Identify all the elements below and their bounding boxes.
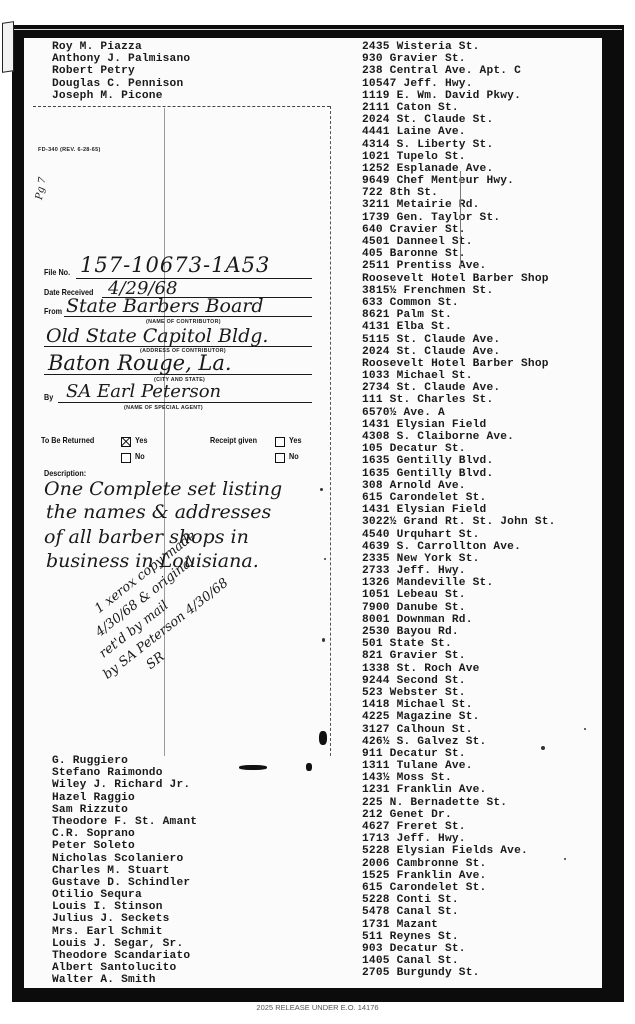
address-entry: 821 Gravier St.	[362, 650, 556, 662]
address-entry: 501 State St.	[362, 638, 556, 650]
address-entry: 2435 Wisteria St.	[362, 41, 556, 53]
to-be-returned-yes-checkbox[interactable]	[121, 437, 131, 447]
address-entry: 2511 Prentiss Ave.	[362, 260, 556, 272]
address-entry: 3127 Calhoun St.	[362, 724, 556, 736]
address-entry: 1431 Elysian Field	[362, 419, 556, 431]
name-entry: Charles M. Stuart	[52, 865, 197, 877]
address-entry: 9244 Second St.	[362, 675, 556, 687]
address-entry: 7900 Danube St.	[362, 602, 556, 614]
address-entry: 2006 Cambronne St.	[362, 858, 556, 870]
address-entry: 405 Baronne St.	[362, 248, 556, 260]
scan-artifact	[319, 731, 327, 745]
address-entry: 4627 Freret St.	[362, 821, 556, 833]
address-entry: 1713 Jeff. Hwy.	[362, 833, 556, 845]
name-entry: Otilio Sequra	[52, 889, 197, 901]
address-entry: 1051 Lebeau St.	[362, 589, 556, 601]
address-entry: 2024 St. Claude St.	[362, 114, 556, 126]
address-entry: 1338 St. Roch Ave	[362, 663, 556, 675]
address-list: 2435 Wisteria St.930 Gravier St.238 Cent…	[362, 41, 556, 979]
name-entry: Sam Rizzuto	[52, 804, 197, 816]
address-entry: 1635 Gentilly Blvd.	[362, 468, 556, 480]
address-entry: 2530 Bayou Rd.	[362, 626, 556, 638]
to-be-returned-no-checkbox[interactable]	[121, 453, 131, 463]
address-entry: 1021 Tupelo St.	[362, 151, 556, 163]
name-entry: Louis I. Stinson	[52, 901, 197, 913]
name-entry: Louis J. Segar, Sr.	[52, 938, 197, 950]
address-entry: 511 Reynes St.	[362, 931, 556, 943]
address-entry: 426½ S. Galvez St.	[362, 736, 556, 748]
address-entry: 615 Carondelet St.	[362, 492, 556, 504]
address-entry: 3815½ Frenchmen St.	[362, 285, 556, 297]
names-list-bottom: G. RuggieroStefano RaimondoWiley J. Rich…	[52, 755, 197, 987]
address-entry: 1418 Michael St.	[362, 699, 556, 711]
address-entry: 308 Arnold Ave.	[362, 480, 556, 492]
name-entry: Gustave D. Schindler	[52, 877, 197, 889]
address-entry: Roosevelt Hotel Barber Shop	[362, 358, 556, 370]
address-entry: 4308 S. Claiborne Ave.	[362, 431, 556, 443]
address-entry: 4441 Laine Ave.	[362, 126, 556, 138]
address-entry: 615 Carondelet St.	[362, 882, 556, 894]
description-label: Description:	[44, 468, 86, 478]
address-entry: 6570½ Ave. A	[362, 407, 556, 419]
name-entry: Peter Soleto	[52, 840, 197, 852]
address-entry: 9649 Chef Menteur Hwy.	[362, 175, 556, 187]
file-no-value[interactable]: 157-10673-1A53	[80, 253, 270, 277]
address-entry: 143½ Moss St.	[362, 772, 556, 784]
name-entry: Douglas C. Pennison	[52, 78, 190, 90]
name-entry: Nicholas Scolaniero	[52, 853, 197, 865]
address-entry: 2111 Caton St.	[362, 102, 556, 114]
to-be-returned-no-label: No	[135, 451, 145, 461]
name-entry: Robert Petry	[52, 65, 190, 77]
names-list-top: Roy M. PiazzaAnthony J. PalmisanoRobert …	[52, 41, 190, 102]
name-entry: Walter A. Smith	[52, 974, 197, 986]
to-be-returned-yes-label: Yes	[135, 435, 147, 445]
address-entry: 1405 Canal St.	[362, 955, 556, 967]
scan-artifact	[239, 765, 267, 770]
address-entry: 1635 Gentilly Blvd.	[362, 455, 556, 467]
address-entry: 1525 Franklin Ave.	[362, 870, 556, 882]
scan-speckle	[584, 728, 586, 730]
scan-speckle	[320, 488, 323, 491]
to-be-returned-label: To Be Returned	[41, 435, 94, 445]
address-entry: 5115 St. Claude Ave.	[362, 334, 556, 346]
address-entry: 911 Decatur St.	[362, 748, 556, 760]
address-entry: 212 Genet Dr.	[362, 809, 556, 821]
from-value[interactable]: State Barbers Board	[66, 295, 264, 317]
form-code: FD-340 (REV. 6-28-65)	[38, 147, 101, 153]
file-no-label: File No.	[44, 267, 70, 277]
address-entry: 8621 Palm St.	[362, 309, 556, 321]
name-entry: Joseph M. Picone	[52, 90, 190, 102]
address-entry: 633 Common St.	[362, 297, 556, 309]
address-entry: 8001 Downman Rd.	[362, 614, 556, 626]
description-line-2: the names & addresses	[46, 501, 271, 523]
address-entry: 2705 Burgundy St.	[362, 967, 556, 979]
address-entry: 3211 Metairie Rd.	[362, 199, 556, 211]
scan-speckle	[322, 638, 325, 642]
address-entry: 1431 Elysian Field	[362, 504, 556, 516]
address-entry: 10547 Jeff. Hwy.	[362, 78, 556, 90]
address-entry: 4314 S. Liberty St.	[362, 139, 556, 151]
address-entry: 5228 Conti St.	[362, 894, 556, 906]
city-state-value[interactable]: Baton Rouge, La.	[48, 351, 232, 375]
address-entry: 2733 Jeff. Hwy.	[362, 565, 556, 577]
address-entry: 640 Cravier St.	[362, 224, 556, 236]
receipt-given-yes-label: Yes	[289, 435, 301, 445]
scan-artifact	[306, 763, 312, 771]
address-entry: 4639 S. Carrollton Ave.	[362, 541, 556, 553]
address-entry: Roosevelt Hotel Barber Shop	[362, 273, 556, 285]
name-entry: Stefano Raimondo	[52, 767, 197, 779]
document-page: Roy M. PiazzaAnthony J. PalmisanoRobert …	[24, 38, 602, 988]
name-entry: Theodore F. St. Amant	[52, 816, 197, 828]
address-entry: 523 Webster St.	[362, 687, 556, 699]
margin-line	[460, 171, 461, 269]
receipt-given-label: Receipt given	[210, 435, 257, 445]
address-entry: 2734 St. Claude Ave.	[362, 382, 556, 394]
name-entry: C.R. Soprano	[52, 828, 197, 840]
release-footer: 2025 RELEASE UNDER E.O. 14176	[0, 1003, 635, 1012]
agent-line	[58, 402, 312, 403]
address-entry: 903 Decatur St.	[362, 943, 556, 955]
address-entry: 111 St. Charles St.	[362, 394, 556, 406]
scan-speckle	[564, 858, 566, 860]
name-entry: Julius J. Seckets	[52, 913, 197, 925]
address-entry: 5228 Elysian Fields Ave.	[362, 845, 556, 857]
receipt-given-no-label: No	[289, 451, 299, 461]
address-entry: 4225 Magazine St.	[362, 711, 556, 723]
from-label: From	[44, 306, 62, 316]
address-entry: 1326 Mandeville St.	[362, 577, 556, 589]
address-entry: 2024 St. Claude Ave.	[362, 346, 556, 358]
agent-caption: (NAME OF SPECIAL AGENT)	[124, 405, 203, 411]
address-entry: 4501 Danneel St.	[362, 236, 556, 248]
scan-speckle	[541, 746, 545, 750]
address-entry: 1252 Esplanade Ave.	[362, 163, 556, 175]
address-entry: 722 8th St.	[362, 187, 556, 199]
scan-speckle	[324, 558, 326, 560]
name-entry: Wiley J. Richard Jr.	[52, 779, 197, 791]
address-entry: 4131 Elba St.	[362, 321, 556, 333]
address-entry: 4540 Urquhart St.	[362, 529, 556, 541]
name-entry: Anthony J. Palmisano	[52, 53, 190, 65]
scan-top-edge	[14, 29, 622, 30]
name-entry: Albert Santolucito	[52, 962, 197, 974]
name-entry: Mrs. Earl Schmit	[52, 926, 197, 938]
address-entry: 1033 Michael St.	[362, 370, 556, 382]
name-entry: Theodore Scandariato	[52, 950, 197, 962]
evidence-envelope-form	[33, 106, 331, 756]
address-entry: 1311 Tulane Ave.	[362, 760, 556, 772]
description-line-1: One Complete set listing	[44, 478, 282, 500]
name-entry: Hazel Raggio	[52, 792, 197, 804]
address-entry: 5478 Canal St.	[362, 906, 556, 918]
contributor-address-value[interactable]: Old State Capitol Bldg.	[46, 325, 268, 347]
address-entry: 930 Gravier St.	[362, 53, 556, 65]
address-entry: 1731 Mazant	[362, 919, 556, 931]
address-entry: 1231 Franklin Ave.	[362, 784, 556, 796]
name-entry: Roy M. Piazza	[52, 41, 190, 53]
address-entry: 2335 New York St.	[362, 553, 556, 565]
agent-value[interactable]: SA Earl Peterson	[66, 381, 221, 402]
address-entry: 238 Central Ave. Apt. C	[362, 65, 556, 77]
address-entry: 3022½ Grand Rt. St. John St.	[362, 516, 556, 528]
address-entry: 105 Decatur St.	[362, 443, 556, 455]
address-entry: 1739 Gen. Taylor St.	[362, 212, 556, 224]
receipt-given-yes-checkbox[interactable]	[275, 437, 285, 447]
name-entry: G. Ruggiero	[52, 755, 197, 767]
address-entry: 1119 E. Wm. David Pkwy.	[362, 90, 556, 102]
address-entry: 225 N. Bernadette St.	[362, 797, 556, 809]
by-label: By	[44, 392, 53, 402]
torn-paper-edge	[2, 21, 14, 73]
receipt-given-no-checkbox[interactable]	[275, 453, 285, 463]
